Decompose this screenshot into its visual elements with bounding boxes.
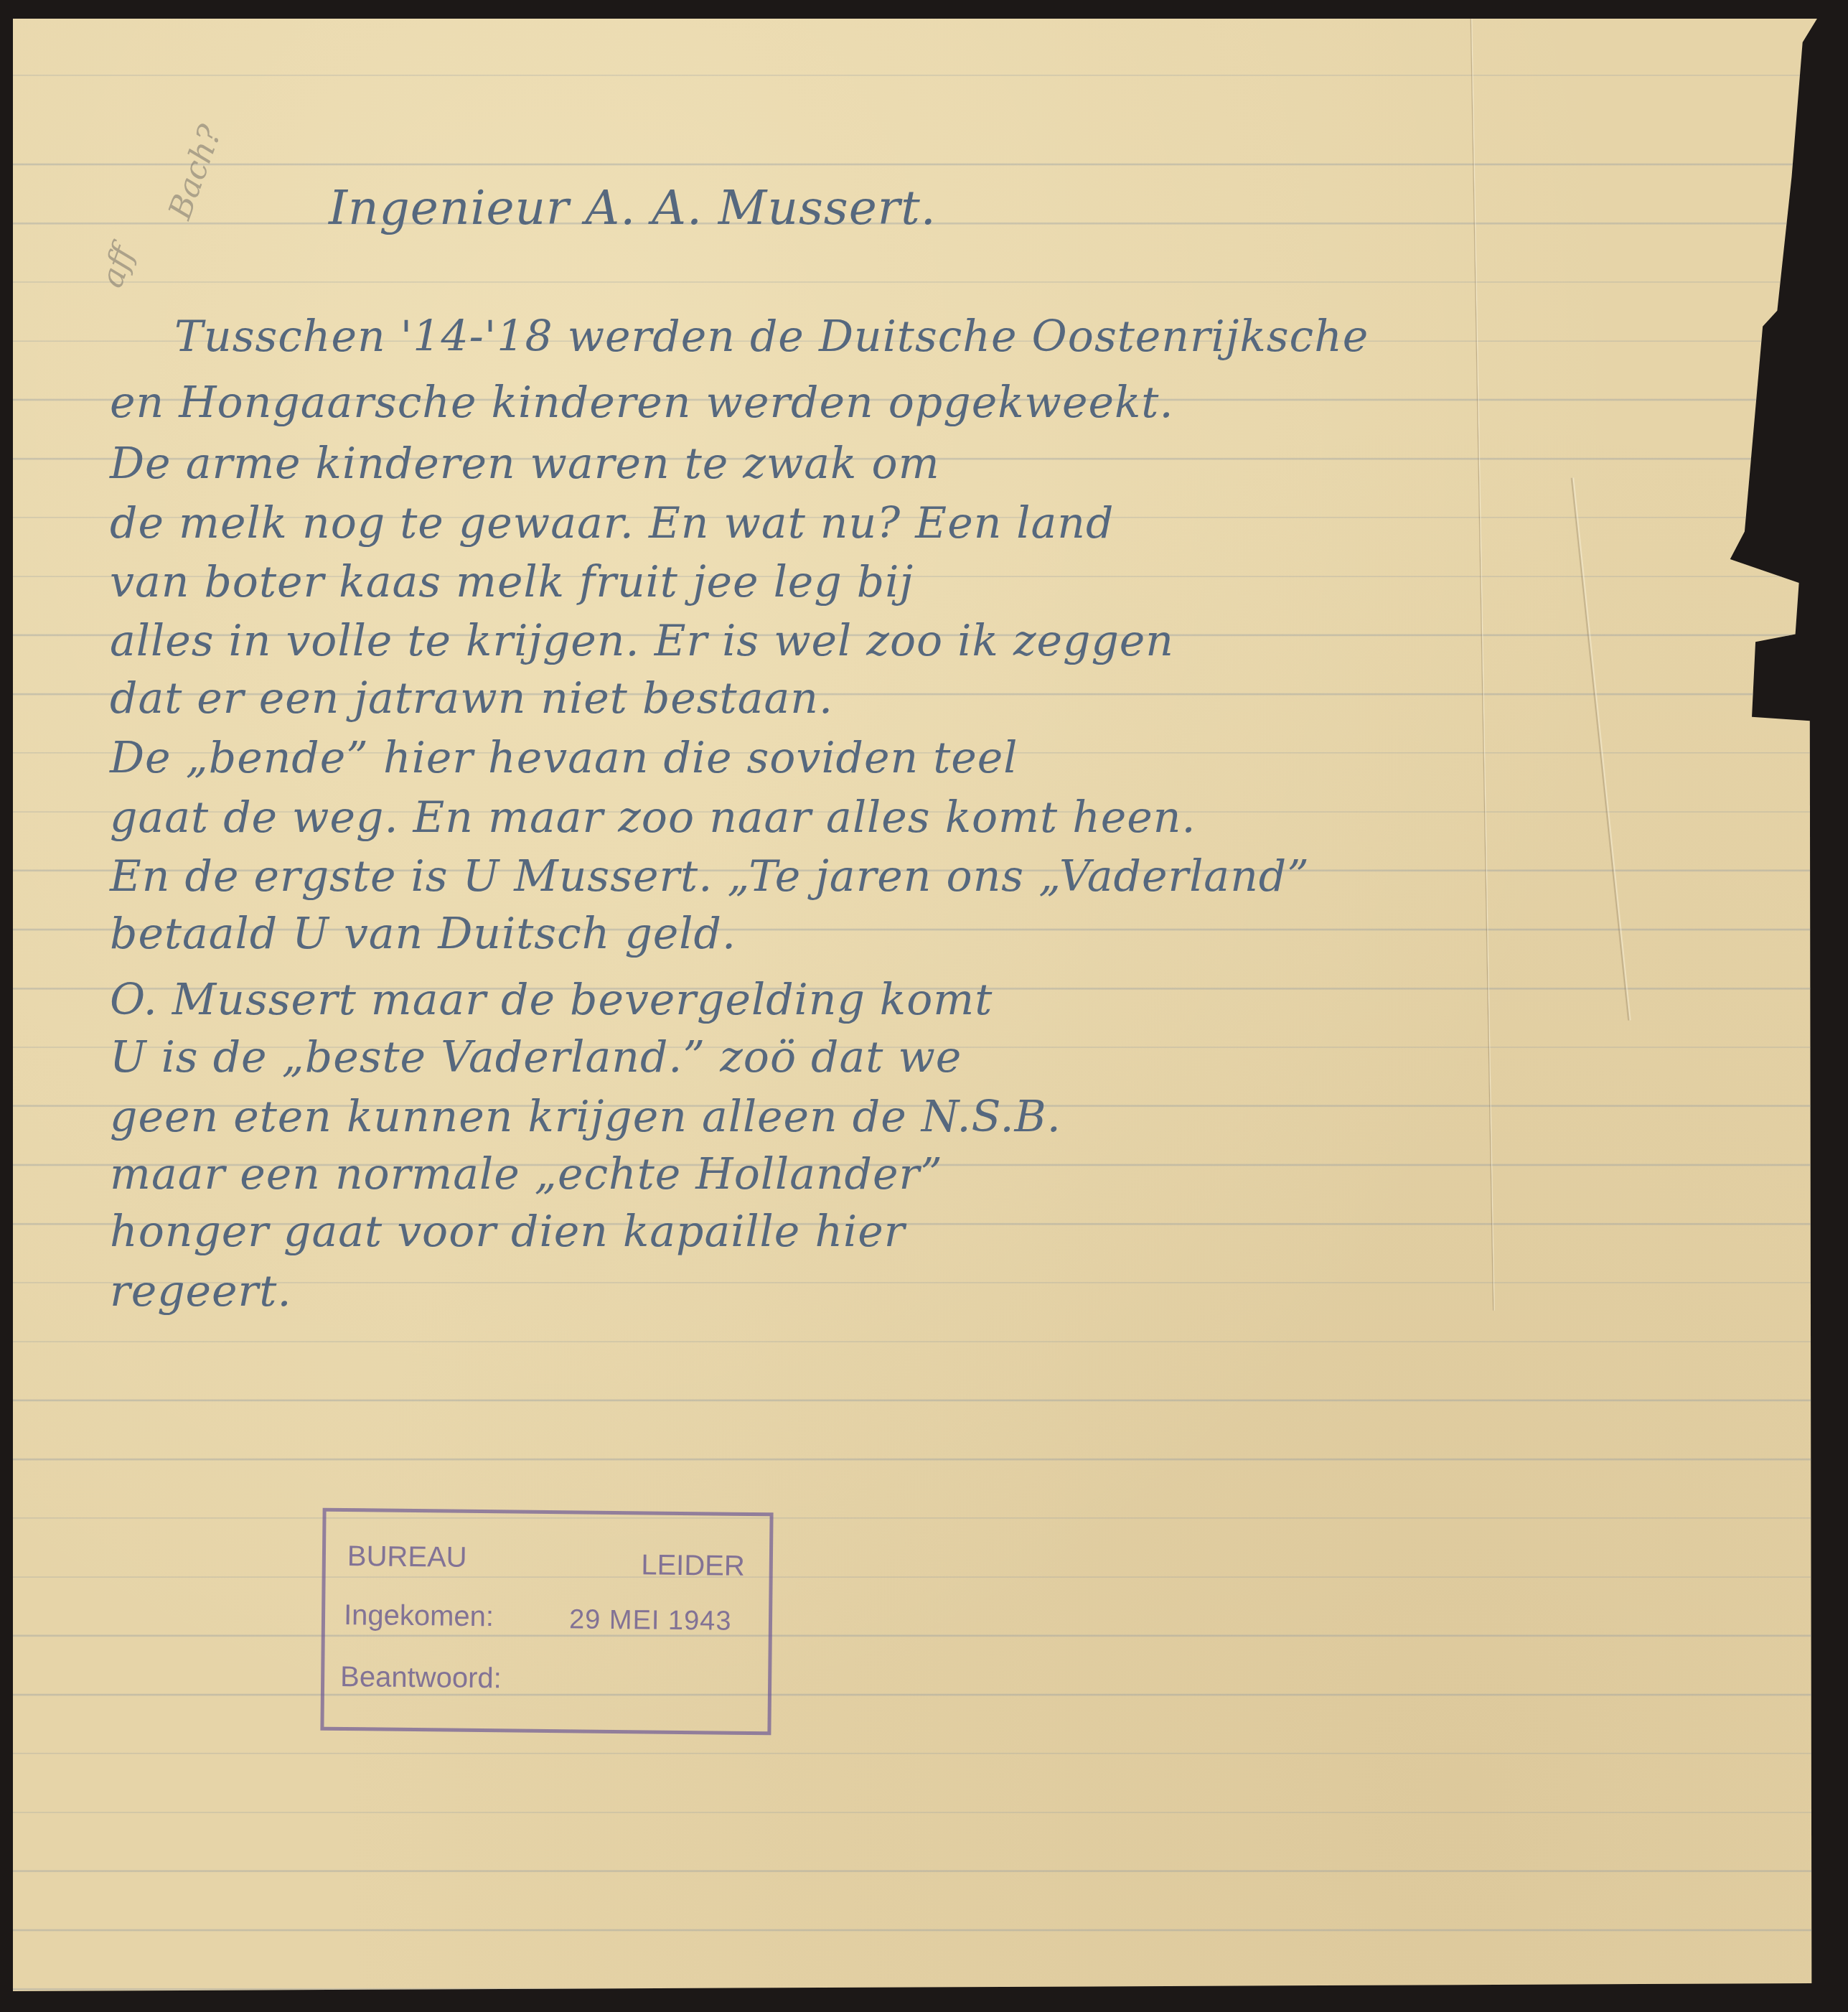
stamp-received-date: 29 MEI 1943: [569, 1604, 732, 1637]
stamp-received-label: Ingekomen:: [344, 1599, 494, 1633]
letter-line: regeert.: [110, 1266, 291, 1316]
stamp-answered-label: Beantwoord:: [340, 1661, 502, 1695]
letter-line: maar een normale „echte Hollander”: [110, 1149, 943, 1199]
letter-line: De arme kinderen waren te zwak om: [110, 439, 940, 489]
letter-line: de melk nog te gewaar. En wat nu? Een la…: [110, 498, 1114, 548]
letter-line: van boter kaas melk fruit jee leg bij: [110, 557, 914, 607]
letter-line: En de ergste is U Mussert. „Te jaren ons…: [110, 851, 1310, 902]
letter-line: en Hongaarsche kinderen werden opgekweek…: [110, 378, 1173, 428]
stamp-leider-label: LEIDER: [641, 1549, 745, 1583]
received-stamp: BUREAU LEIDER Ingekomen: 29 MEI 1943 Bea…: [320, 1508, 773, 1736]
letter-salutation: Ingenieur A. A. Mussert.: [329, 180, 937, 235]
document-scan: aff Bach? Ingenieur A. A. Mussert. Tussc…: [0, 0, 1848, 2012]
letter-line: betaald U van Duitsch geld.: [110, 909, 736, 959]
letter-line: O. Mussert maar de bevergelding komt: [110, 975, 993, 1025]
letter-line: U is de „beste Vaderland.” zoö dat we: [110, 1032, 962, 1082]
letter-line: alles in volle te krijgen. Er is wel zoo…: [110, 616, 1174, 666]
letter-paper: aff Bach? Ingenieur A. A. Mussert. Tussc…: [13, 19, 1824, 1991]
letter-line: Tusschen '14-'18 werden de Duitsche Oost…: [174, 312, 1369, 362]
letter-line: De „bende” hier hevaan die soviden teel: [110, 733, 1018, 783]
letter-line: honger gaat voor dien kapaille hier: [110, 1207, 905, 1257]
letter-line: gaat de weg. En maar zoo naar alles komt…: [110, 792, 1196, 843]
letter-line: dat er een jatrawn niet bestaan.: [110, 673, 833, 724]
letter-line: geen eten kunnen krijgen alleen de N.S.B…: [110, 1092, 1061, 1142]
stamp-bureau-label: BUREAU: [347, 1540, 467, 1574]
